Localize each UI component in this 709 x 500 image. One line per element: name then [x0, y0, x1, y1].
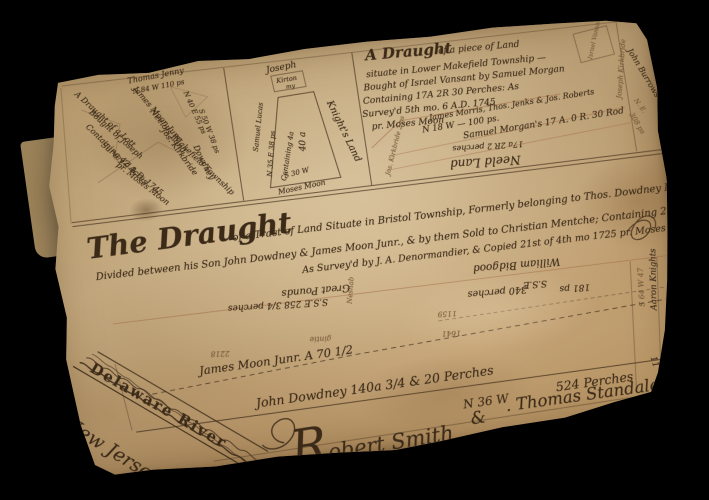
side-neighbor-label: Aaron Knights [649, 248, 659, 310]
chain-mark: 2218 [210, 350, 229, 358]
chain-mark: 1159 [437, 309, 456, 317]
chain-mark: 1641 [442, 329, 461, 337]
chain-mark: gintie [309, 335, 331, 343]
inverted-distance-label: 181 ps [559, 281, 590, 292]
plot-area-label: 40 a [299, 132, 308, 152]
photo-background: Thomas Jenny N 84 W 110 ps A Draught of … [0, 0, 709, 500]
ampersand: & [470, 409, 488, 428]
side-bearing-label: S 64 W 47 [637, 268, 647, 307]
paper-shadow-wrap: Thomas Jenny N 84 W 110 ps A Draught of … [0, 0, 709, 500]
survey-document-paper: Thomas Jenny N 84 W 110 ps A Draught of … [22, 6, 692, 485]
